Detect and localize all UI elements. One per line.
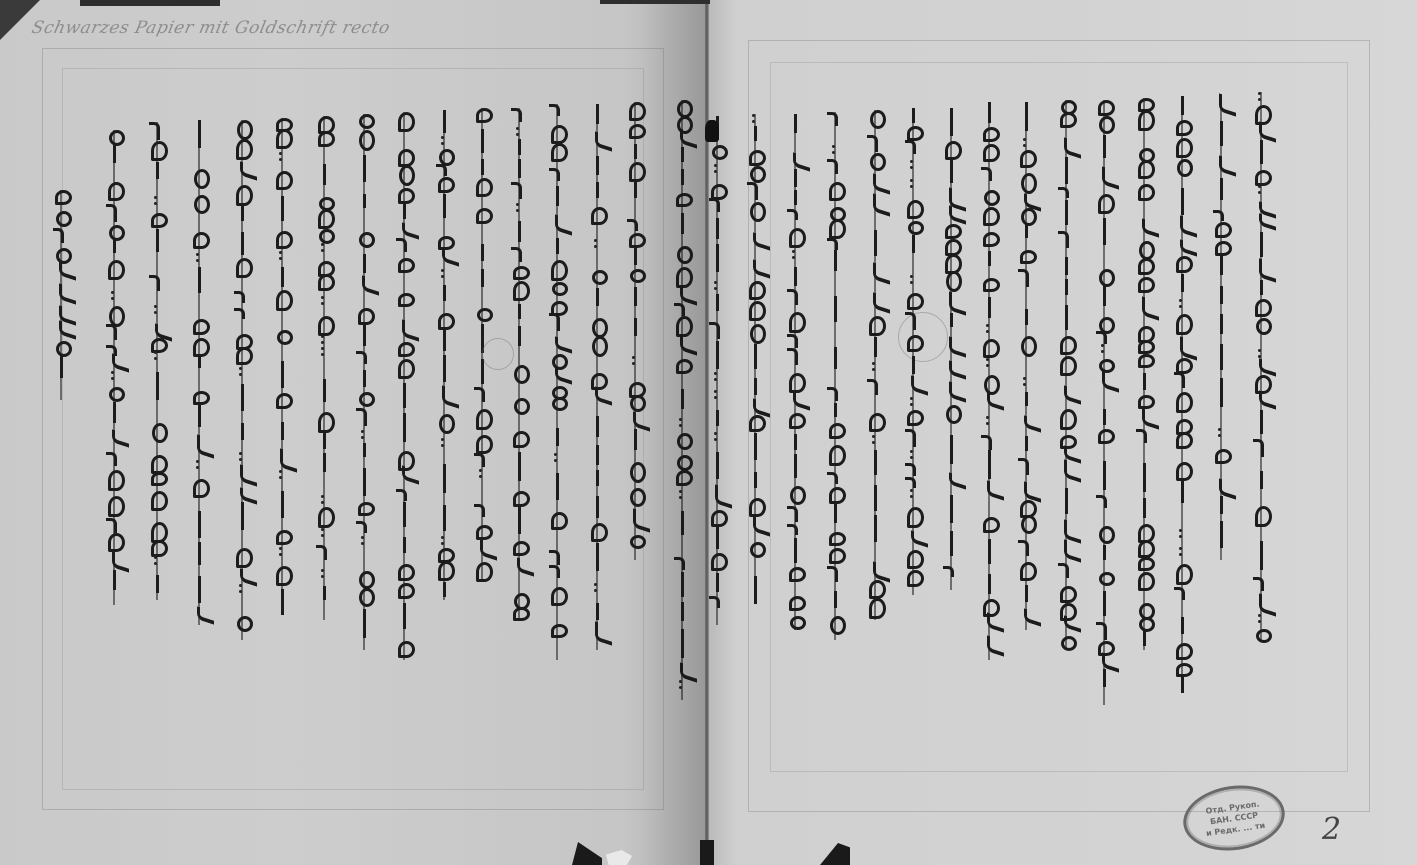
text-column: [314, 116, 336, 620]
script-glyph: [792, 250, 800, 259]
script-glyph: [321, 528, 329, 537]
script-glyph: [108, 182, 125, 201]
script-glyph: [398, 112, 415, 132]
script-glyph: [154, 556, 162, 565]
script-glyph: [627, 219, 638, 231]
script-glyph: [869, 598, 886, 619]
script-glyph: [907, 293, 924, 310]
script-glyph: [234, 308, 245, 319]
script-glyph: [1176, 564, 1193, 585]
script-glyph: [398, 342, 415, 357]
script-glyph: [551, 512, 568, 530]
script-glyph: [632, 356, 640, 365]
text-column: [104, 130, 126, 605]
script-glyph: [794, 434, 797, 450]
script-glyph: [193, 319, 210, 335]
script-glyph: [198, 511, 201, 538]
script-glyph: [318, 507, 335, 528]
script-glyph: [359, 588, 375, 607]
script-glyph: [156, 229, 159, 252]
script-glyph: [711, 510, 728, 527]
manuscript-scan: Schwarzes Papier mit Goldschrift recto О…: [0, 0, 1417, 865]
script-glyph: [113, 143, 116, 163]
script-glyph: [551, 624, 568, 638]
script-glyph: [1099, 526, 1115, 544]
script-glyph: [870, 110, 886, 129]
script-glyph: [106, 518, 117, 533]
script-glyph: [441, 536, 449, 545]
text-column: [547, 104, 569, 660]
script-glyph: [518, 221, 521, 242]
script-glyph: [789, 596, 806, 611]
script-glyph: [1181, 674, 1184, 693]
script-glyph: [1181, 188, 1184, 215]
script-glyph: [983, 339, 1000, 358]
script-glyph: [1181, 274, 1184, 292]
script-glyph: [1060, 336, 1077, 355]
script-glyph: [870, 153, 886, 171]
script-glyph: [511, 247, 522, 262]
script-glyph: [1143, 373, 1146, 390]
script-glyph: [983, 127, 1000, 142]
script-glyph: [912, 108, 915, 123]
text-column: [147, 122, 169, 600]
script-glyph: [1255, 299, 1272, 317]
script-glyph: [321, 569, 329, 578]
script-glyph: [518, 139, 521, 155]
script-glyph: [511, 108, 522, 122]
script-glyph: [234, 291, 245, 303]
script-glyph: [829, 182, 846, 201]
script-glyph: [363, 370, 366, 387]
script-glyph: [359, 571, 375, 589]
script-glyph: [716, 524, 719, 549]
script-glyph: [787, 209, 798, 220]
text-column: [1211, 96, 1233, 560]
script-glyph: [1096, 331, 1107, 344]
script-glyph: [1176, 138, 1193, 158]
script-glyph: [950, 108, 953, 136]
script-glyph: [789, 413, 806, 429]
script-glyph: [111, 291, 119, 300]
script-glyph: [907, 550, 924, 569]
script-glyph: [1065, 488, 1068, 514]
script-glyph: [1138, 354, 1155, 368]
script-glyph: [592, 270, 608, 285]
script-glyph: [794, 454, 797, 478]
script-glyph: [1176, 256, 1193, 273]
script-glyph: [910, 397, 918, 406]
torn-top-edge: [80, 0, 220, 6]
script-glyph: [714, 390, 722, 399]
text-column: [979, 102, 1001, 660]
script-glyph: [60, 355, 63, 378]
script-glyph: [398, 564, 415, 581]
binding-hole: [705, 120, 719, 142]
script-glyph: [1065, 305, 1068, 330]
script-glyph: [1025, 102, 1028, 131]
script-glyph: [905, 140, 916, 154]
script-glyph: [551, 587, 568, 606]
script-glyph: [358, 502, 375, 516]
script-glyph: [236, 548, 253, 568]
script-glyph: [1174, 372, 1185, 388]
script-glyph: [237, 616, 253, 632]
script-glyph: [106, 324, 117, 340]
script-glyph: [787, 348, 798, 365]
script-glyph: [518, 326, 521, 346]
script-glyph: [151, 491, 168, 511]
script-glyph: [711, 553, 728, 571]
script-glyph: [867, 135, 878, 152]
text-column: [785, 114, 807, 630]
script-glyph: [874, 485, 877, 511]
script-glyph: [749, 281, 766, 300]
script-glyph: [1260, 232, 1263, 257]
script-glyph: [236, 185, 253, 206]
script-glyph: [1099, 269, 1115, 287]
script-glyph: [474, 453, 485, 467]
script-glyph: [479, 469, 487, 478]
script-glyph: [750, 202, 766, 222]
script-glyph: [790, 486, 806, 505]
script-glyph: [113, 570, 116, 590]
script-glyph: [789, 373, 806, 393]
script-glyph: [358, 308, 375, 325]
script-glyph: [1025, 224, 1028, 238]
script-glyph: [912, 356, 915, 374]
script-glyph: [749, 301, 766, 321]
script-glyph: [1138, 184, 1155, 201]
script-glyph: [596, 182, 599, 198]
script-glyph: [988, 297, 991, 318]
script-glyph: [1143, 498, 1146, 518]
script-glyph: [1260, 140, 1263, 164]
script-glyph: [983, 207, 1000, 226]
script-glyph: [1213, 210, 1224, 221]
script-glyph: [716, 244, 719, 272]
script-glyph: [950, 159, 953, 183]
script-glyph: [1058, 231, 1069, 248]
script-glyph: [754, 126, 757, 141]
script-glyph: [988, 574, 991, 594]
script-stroke: [281, 118, 283, 600]
script-glyph: [281, 196, 284, 221]
torn-bottom-edge: [700, 840, 714, 865]
script-glyph: [359, 392, 375, 407]
script-glyph: [1179, 529, 1187, 538]
script-glyph: [1020, 150, 1037, 168]
script-glyph: [716, 218, 719, 239]
script-glyph: [594, 583, 602, 592]
text-column: [587, 104, 609, 650]
script-glyph: [749, 415, 766, 432]
script-glyph: [154, 196, 162, 205]
script-glyph: [151, 472, 168, 486]
script-glyph: [752, 114, 760, 123]
script-glyph: [829, 487, 846, 504]
script-glyph: [754, 344, 757, 369]
text-column: [354, 114, 376, 650]
script-glyph: [829, 532, 846, 546]
script-glyph: [398, 359, 415, 379]
script-glyph: [1065, 257, 1068, 275]
script-glyph: [1103, 135, 1106, 158]
text-column: [707, 116, 729, 625]
script-glyph: [827, 472, 838, 484]
script-glyph: [1255, 506, 1272, 527]
script-glyph: [1220, 521, 1223, 548]
script-glyph: [363, 468, 366, 496]
script-glyph: [55, 190, 72, 205]
script-glyph: [749, 150, 766, 166]
script-glyph: [634, 144, 637, 159]
script-glyph: [318, 131, 335, 147]
script-glyph: [596, 288, 599, 306]
script-glyph: [634, 245, 637, 265]
script-glyph: [481, 159, 484, 175]
script-glyph: [316, 545, 327, 560]
script-glyph: [1255, 170, 1272, 186]
script-glyph: [108, 470, 125, 491]
script-glyph: [1101, 344, 1109, 353]
script-glyph: [1021, 173, 1037, 194]
script-glyph: [552, 282, 568, 296]
script-glyph: [1177, 159, 1193, 177]
script-glyph: [1098, 194, 1115, 214]
script-glyph: [794, 169, 797, 187]
script-glyph: [907, 200, 924, 219]
script-glyph: [1138, 110, 1155, 131]
script-glyph: [794, 538, 797, 563]
script-glyph: [239, 584, 247, 593]
script-glyph: [983, 517, 1000, 533]
script-glyph: [912, 235, 915, 253]
script-glyph: [276, 231, 293, 249]
script-glyph: [827, 112, 838, 126]
script-glyph: [276, 290, 293, 311]
script-glyph: [872, 435, 880, 444]
script-glyph: [1103, 285, 1106, 306]
script-glyph: [1138, 160, 1155, 179]
script-glyph: [1099, 116, 1115, 134]
script-glyph: [361, 536, 369, 545]
script-glyph: [1103, 461, 1106, 490]
script-glyph: [198, 576, 201, 603]
text-column: [51, 190, 73, 400]
script-glyph: [1020, 250, 1037, 264]
script-glyph: [834, 296, 837, 322]
script-glyph: [1215, 222, 1232, 238]
script-glyph: [714, 281, 722, 290]
script-glyph: [983, 144, 1000, 162]
script-glyph: [754, 378, 757, 395]
script-glyph: [443, 464, 446, 493]
script-glyph: [443, 355, 446, 382]
script-glyph: [794, 267, 797, 286]
script-glyph: [556, 473, 559, 500]
script-glyph: [236, 139, 253, 160]
script-glyph: [476, 108, 493, 123]
script-glyph: [1143, 631, 1146, 646]
script-glyph: [154, 351, 162, 360]
script-glyph: [476, 435, 493, 454]
script-glyph: [193, 479, 210, 498]
script-glyph: [1220, 314, 1223, 334]
script-glyph: [907, 410, 924, 426]
script-glyph: [361, 430, 369, 439]
script-glyph: [750, 166, 766, 183]
script-glyph: [747, 182, 758, 200]
script-glyph: [1018, 458, 1029, 475]
script-glyph: [596, 156, 599, 175]
torn-top-edge: [600, 0, 710, 4]
script-glyph: [356, 408, 367, 426]
script-glyph: [716, 573, 719, 592]
script-glyph: [1256, 318, 1272, 335]
script-glyph: [1138, 572, 1155, 591]
script-glyph: [1253, 577, 1264, 591]
text-column: [825, 112, 847, 640]
text-column: [865, 110, 887, 620]
script-glyph: [596, 470, 599, 486]
script-glyph: [396, 238, 407, 252]
text-column: [745, 114, 767, 600]
script-glyph: [907, 570, 924, 587]
script-glyph: [943, 566, 954, 577]
script-glyph: [986, 416, 994, 425]
script-glyph: [359, 114, 375, 129]
script-glyph: [596, 416, 599, 437]
script-glyph: [981, 167, 992, 181]
script-glyph: [196, 253, 204, 262]
script-glyph: [1096, 622, 1107, 640]
script-glyph: [149, 275, 160, 291]
script-glyph: [443, 505, 446, 531]
script-glyph: [986, 358, 994, 367]
script-glyph: [709, 322, 720, 339]
script-glyph: [1025, 309, 1028, 325]
script-glyph: [1021, 515, 1037, 534]
script-glyph: [1060, 586, 1077, 603]
script-glyph: [477, 308, 493, 322]
script-glyph: [156, 162, 159, 179]
script-glyph: [905, 429, 916, 447]
script-glyph: [1176, 663, 1193, 677]
script-glyph: [319, 229, 335, 244]
script-glyph: [193, 232, 210, 249]
script-glyph: [518, 159, 521, 178]
script-glyph: [1021, 336, 1037, 357]
script-glyph: [946, 405, 962, 424]
script-glyph: [279, 547, 287, 556]
script-glyph: [106, 452, 117, 466]
script-glyph: [513, 541, 530, 556]
script-glyph: [1258, 185, 1266, 194]
script-glyph: [709, 596, 720, 608]
script-glyph: [905, 463, 916, 476]
script-glyph: [111, 371, 119, 380]
script-glyph: [1258, 614, 1266, 623]
script-glyph: [476, 409, 493, 430]
script-glyph: [554, 453, 562, 462]
watermark-circle: [482, 338, 514, 370]
script-glyph: [1103, 218, 1106, 245]
script-glyph: [794, 190, 797, 205]
script-glyph: [988, 450, 991, 479]
script-glyph: [1025, 436, 1028, 451]
script-glyph: [279, 470, 287, 479]
script-glyph: [1025, 392, 1028, 406]
script-glyph: [829, 423, 846, 439]
script-glyph: [1103, 409, 1106, 425]
script-glyph: [279, 251, 287, 260]
script-glyph: [239, 367, 247, 376]
script-glyph: [281, 361, 284, 388]
script-glyph: [1065, 157, 1068, 184]
pencil-annotation: Schwarzes Papier mit Goldschrift recto: [30, 18, 392, 38]
script-glyph: [787, 506, 798, 522]
script-glyph: [363, 254, 366, 273]
script-glyph: [829, 445, 846, 466]
script-glyph: [907, 126, 924, 141]
script-glyph: [1136, 429, 1147, 443]
script-glyph: [1020, 562, 1037, 581]
script-glyph: [910, 275, 918, 284]
script-glyph: [1220, 254, 1223, 275]
script-glyph: [754, 433, 757, 460]
script-glyph: [318, 316, 335, 336]
script-glyph: [910, 450, 918, 459]
text-column: [232, 120, 254, 640]
script-glyph: [749, 498, 766, 517]
script-glyph: [323, 432, 326, 449]
script-glyph: [156, 372, 159, 400]
script-glyph: [950, 435, 953, 464]
script-glyph: [513, 491, 530, 507]
script-glyph: [108, 496, 125, 517]
script-glyph: [518, 304, 521, 319]
script-glyph: [1138, 340, 1155, 354]
script-glyph: [1065, 279, 1068, 295]
script-glyph: [321, 335, 329, 344]
script-glyph: [910, 179, 918, 188]
script-glyph: [321, 495, 329, 504]
script-glyph: [1018, 269, 1029, 287]
script-glyph: [276, 566, 293, 586]
script-glyph: [592, 318, 608, 338]
script-glyph: [634, 180, 637, 198]
script-glyph: [151, 213, 168, 228]
script-glyph: [1176, 432, 1193, 449]
script-glyph: [945, 141, 962, 160]
script-glyph: [549, 168, 560, 181]
script-glyph: [113, 402, 116, 423]
script-glyph: [56, 211, 72, 227]
script-glyph: [556, 186, 559, 206]
script-glyph: [905, 312, 916, 330]
script-glyph: [109, 225, 125, 241]
script-glyph: [1103, 591, 1106, 616]
script-glyph: [634, 287, 637, 306]
script-glyph: [156, 575, 159, 593]
script-glyph: [56, 341, 72, 357]
script-glyph: [151, 141, 168, 161]
script-glyph: [712, 145, 728, 160]
script-glyph: [1220, 344, 1223, 370]
script-glyph: [236, 258, 253, 278]
script-glyph: [1143, 463, 1146, 492]
